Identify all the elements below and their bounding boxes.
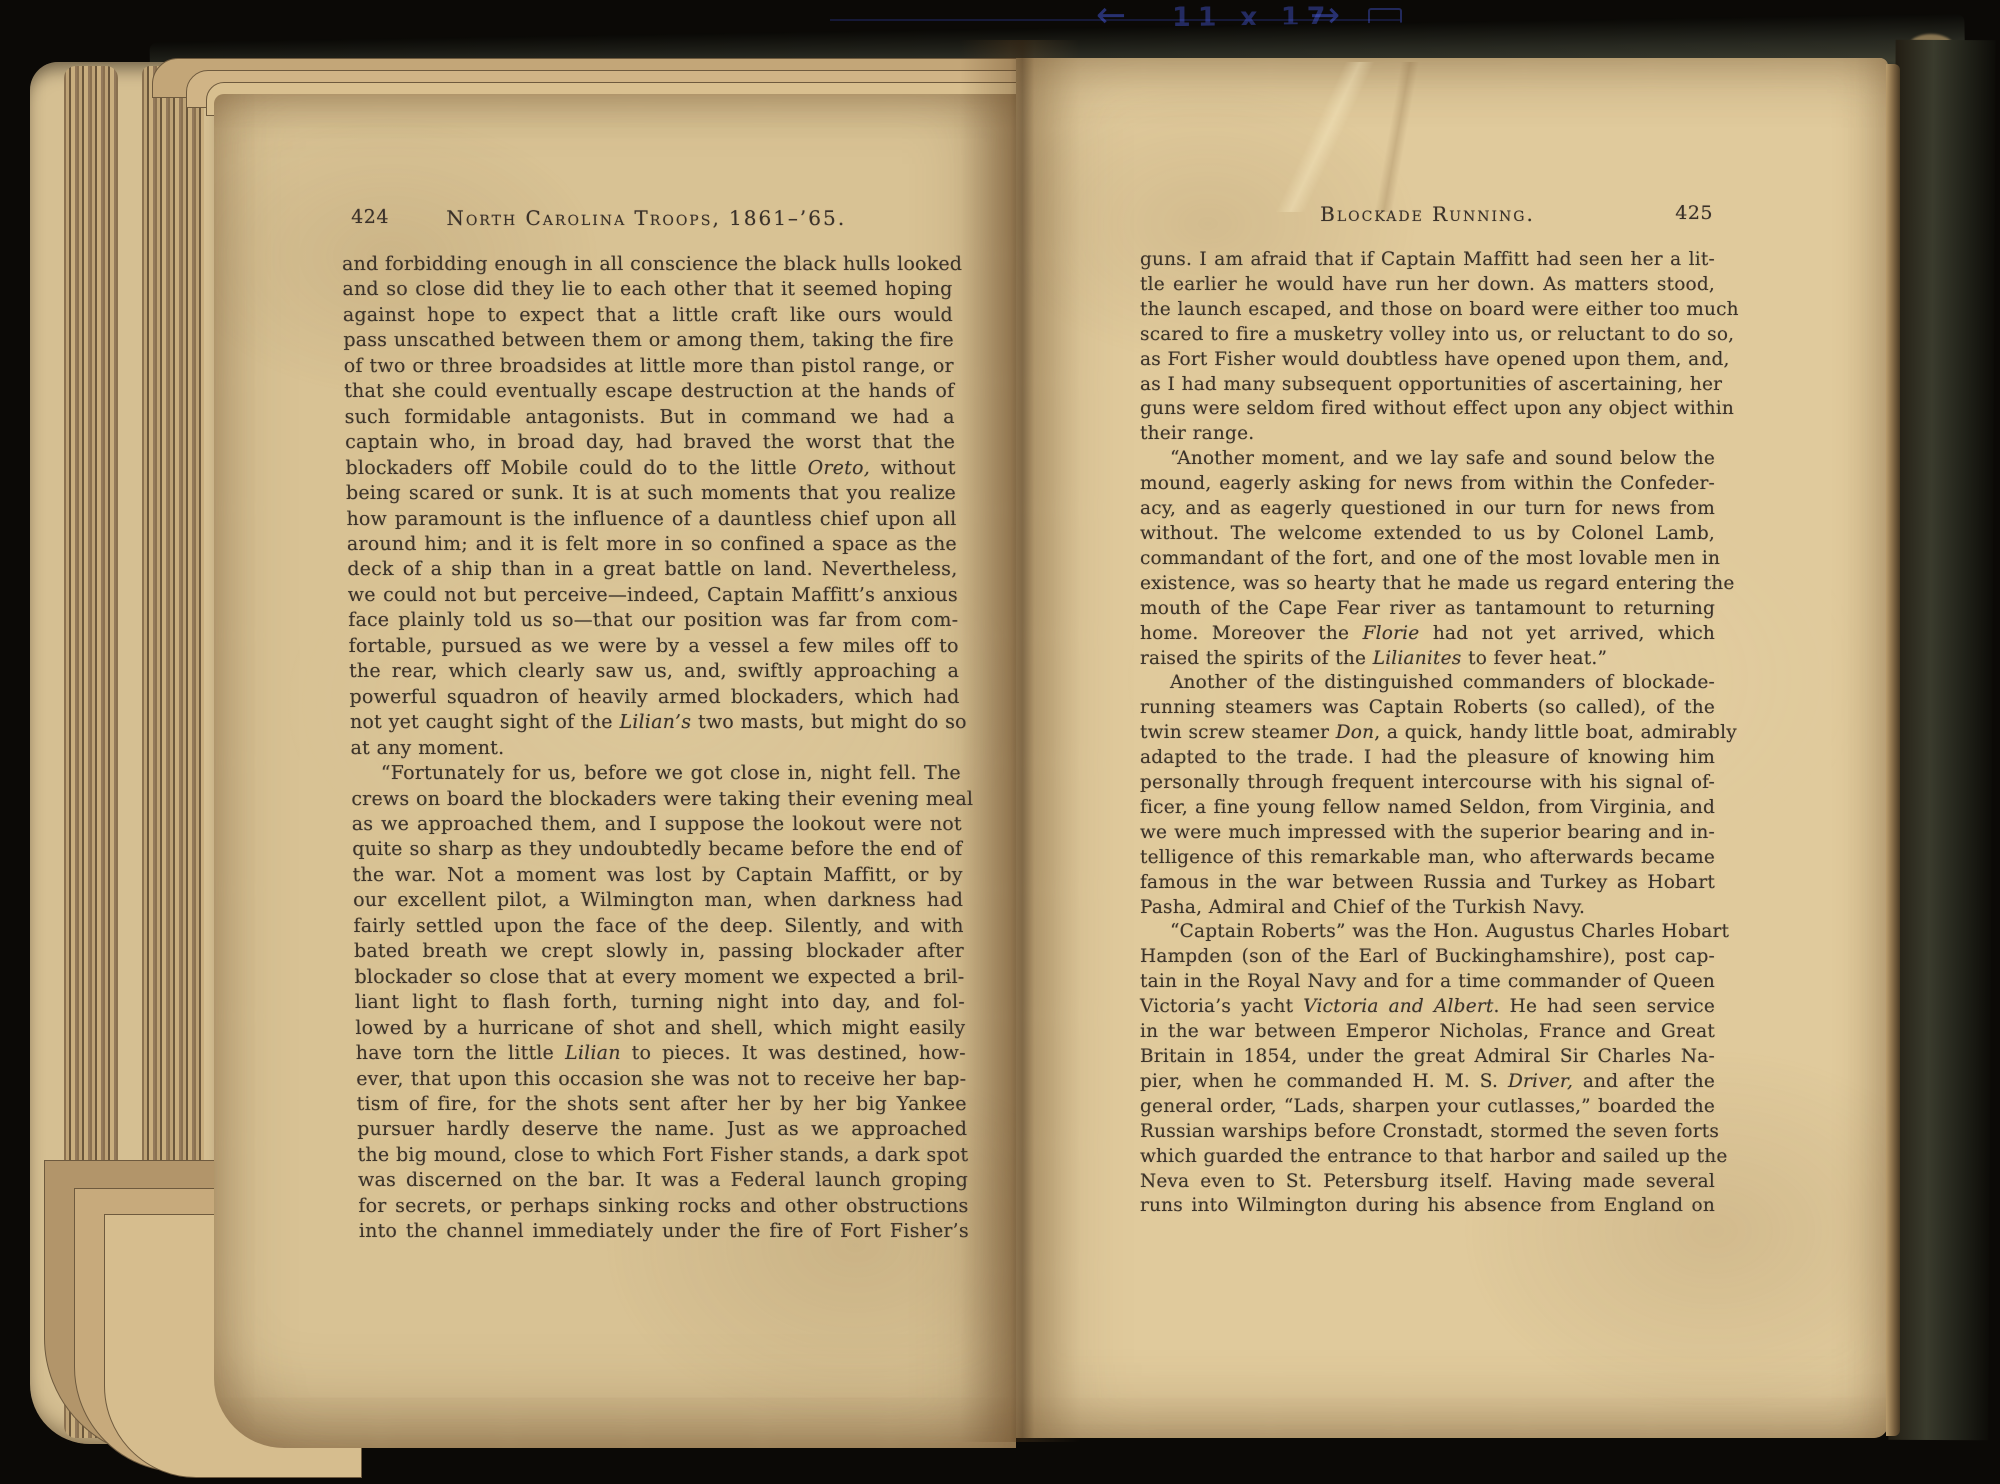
text-line: bated breath we crept slowly in, passing…	[354, 939, 964, 964]
text-line: crews on board the blockaders were takin…	[351, 787, 961, 812]
text-line: powerful squadron of heavily armed block…	[349, 685, 959, 710]
text-line: personally through frequent intercourse …	[1140, 771, 1715, 796]
text-line: home. Moreover the Florie had not yet ar…	[1140, 622, 1715, 647]
text-line: and forbidding enough in all conscience …	[342, 252, 952, 277]
text-line: “Captain Roberts” was the Hon. Augustus …	[1140, 920, 1715, 945]
left-running-header: 424 North Carolina Troops, 1861–’65.	[341, 206, 952, 252]
text-line: blockaders off Mobile could do to the li…	[345, 456, 955, 481]
text-line: around him; and it is felt more in so co…	[347, 532, 957, 557]
text-line: Russian warships before Cronstadt, storm…	[1140, 1120, 1715, 1145]
left-page-body: and forbidding enough in all conscience …	[342, 252, 969, 1245]
right-page-body: guns. I am afraid that if Captain Maffit…	[1140, 248, 1715, 1219]
text-line: the war. Not a moment was lost by Captai…	[352, 863, 962, 888]
text-line: how paramount is the influence of a daun…	[346, 507, 956, 532]
text-line: into the channel immediately under the f…	[359, 1219, 969, 1244]
text-line: famous in the war between Russia and Tur…	[1140, 871, 1715, 896]
right-header-title: Blockade Running.	[1320, 202, 1535, 226]
text-line: lowed by a hurricane of shot and shell, …	[355, 1016, 965, 1041]
text-line: mound, eagerly asking for news from with…	[1140, 472, 1715, 497]
text-line: acy, and as eagerly questioned in our tu…	[1140, 497, 1715, 522]
text-line: we were much impressed with the superior…	[1140, 821, 1715, 846]
text-line: pursuer hardly deserve the name. Just as…	[357, 1117, 967, 1142]
text-line: blockader so close that at every moment …	[354, 965, 964, 990]
text-line: twin screw steamer Don, a quick, handy l…	[1140, 721, 1715, 746]
text-line: “Another moment, and we lay safe and sou…	[1140, 447, 1715, 472]
text-line: deck of a ship than in a great battle on…	[347, 557, 957, 582]
text-line: ficer, a fine young fellow named Seldon,…	[1140, 796, 1715, 821]
text-line: tle earlier he would have run her down. …	[1140, 273, 1715, 298]
right-page-text: Blockade Running. 425 guns. I am afraid …	[1140, 202, 1715, 1219]
text-line: guns. I am afraid that if Captain Maffit…	[1140, 248, 1715, 273]
text-line: as I had many subsequent opportunities o…	[1140, 373, 1715, 398]
text-line: that she could eventually escape destruc…	[344, 379, 954, 404]
book-scan: { "scanner_overlay": { "left_arrow": "←"…	[0, 0, 2000, 1484]
text-line: Hampden (son of the Earl of Buckinghamsh…	[1140, 945, 1715, 970]
text-line: we could not but perceive—indeed, Captai…	[348, 583, 958, 608]
text-line: as Fort Fisher would doubtless have open…	[1140, 348, 1715, 373]
text-line: guns were seldom fired without effect up…	[1140, 397, 1715, 422]
text-line: face plainly told us so—that our positio…	[348, 608, 958, 633]
text-line: general order, “Lads, sharpen your cutla…	[1140, 1095, 1715, 1120]
text-line: and so close did they lie to each other …	[342, 277, 952, 302]
text-line: being scared or sunk. It is at such mome…	[346, 481, 956, 506]
text-line: Neva even to St. Petersburg itself. Havi…	[1140, 1170, 1715, 1195]
text-line: such formidable antagonists. But in comm…	[344, 405, 954, 430]
text-line: as we approached them, and I suppose the…	[352, 812, 962, 837]
text-line: have torn the little Lilian to pieces. I…	[356, 1041, 966, 1066]
text-line: the rear, which clearly saw us, and, swi…	[349, 659, 959, 684]
text-line: without. The welcome extended to us by C…	[1140, 522, 1715, 547]
book-cover-right-edge	[1888, 40, 1995, 1441]
text-line: their range.	[1140, 422, 1715, 447]
left-page-number: 424	[351, 206, 389, 228]
text-line: the big mound, close to which Fort Fishe…	[357, 1143, 967, 1168]
text-line: runs into Wilmington during his absence …	[1140, 1194, 1715, 1219]
text-line: was discerned on the bar. It was a Feder…	[358, 1168, 968, 1193]
text-line: for secrets, or perhaps sinking rocks an…	[358, 1194, 968, 1219]
text-line: at any moment.	[350, 736, 960, 761]
text-line: Another of the distinguished commanders …	[1140, 671, 1715, 696]
text-line: against hope to expect that a little cra…	[343, 303, 953, 328]
text-line: captain who, in broad day, had braved th…	[345, 430, 955, 455]
text-line: existence, was so hearty that he made us…	[1140, 572, 1715, 597]
text-line: pass unscathed between them or among the…	[343, 328, 953, 353]
text-line: commandant of the fort, and one of the m…	[1140, 547, 1715, 572]
text-line: fortable, pursued as we were by a vessel…	[348, 634, 958, 659]
right-page-number: 425	[1675, 202, 1713, 224]
text-line: pier, when he commanded H. M. S. Driver,…	[1140, 1070, 1715, 1095]
text-line: quite so sharp as they undoubtedly becam…	[352, 837, 962, 862]
left-page-text: 424 North Carolina Troops, 1861–’65. and…	[341, 206, 969, 1245]
text-line: Pasha, Admiral and Chief of the Turkish …	[1140, 896, 1715, 921]
text-line: raised the spirits of the Lilianites to …	[1140, 647, 1715, 672]
right-running-header: Blockade Running. 425	[1140, 202, 1715, 248]
text-line: running steamers was Captain Roberts (so…	[1140, 696, 1715, 721]
text-line: which guarded the entrance to that harbo…	[1140, 1145, 1715, 1170]
text-line: adapted to the trade. I had the pleasure…	[1140, 746, 1715, 771]
text-line: tism of fire, for the shots sent after h…	[356, 1092, 966, 1117]
text-line: of two or three broadsides at little mor…	[344, 354, 954, 379]
text-line: not yet caught sight of the Lilian’s two…	[350, 710, 960, 735]
text-line: Victoria’s yacht Victoria and Albert. He…	[1140, 995, 1715, 1020]
text-line: tain in the Royal Navy and for a time co…	[1140, 970, 1715, 995]
text-line: ever, that upon this occasion she was no…	[356, 1067, 966, 1092]
text-line: the launch escaped, and those on board w…	[1140, 298, 1715, 323]
left-header-title: North Carolina Troops, 1861–’65.	[446, 206, 846, 230]
text-line: liant light to flash forth, turning nigh…	[355, 990, 965, 1015]
text-line: “Fortunately for us, before we got close…	[351, 761, 961, 786]
text-line: Britain in 1854, under the great Admiral…	[1140, 1045, 1715, 1070]
text-line: telligence of this remarkable man, who a…	[1140, 846, 1715, 871]
text-line: mouth of the Cape Fear river as tantamou…	[1140, 597, 1715, 622]
text-line: in the war between Emperor Nicholas, Fra…	[1140, 1020, 1715, 1045]
text-line: fairly settled upon the face of the deep…	[353, 914, 963, 939]
text-line: scared to fire a musketry volley into us…	[1140, 323, 1715, 348]
text-line: our excellent pilot, a Wilmington man, w…	[353, 888, 963, 913]
